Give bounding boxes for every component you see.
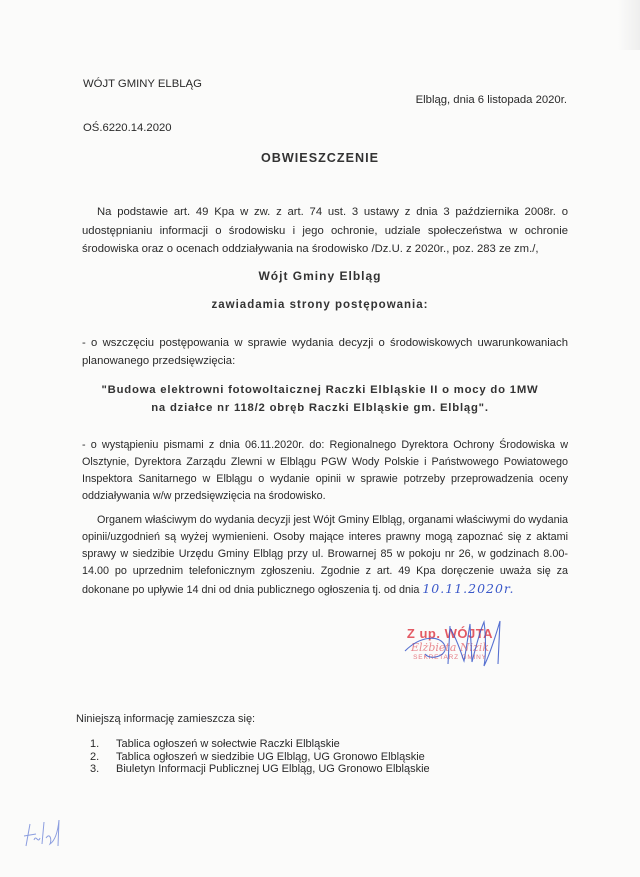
- item-number: 1.: [90, 738, 116, 751]
- closing-paragraph: Organem właściwym do wydania decyzji jes…: [82, 512, 568, 599]
- initials-signature-icon: [22, 818, 72, 850]
- distribution-list: 1. Tablica ogłoszeń w sołectwie Raczki E…: [90, 738, 430, 776]
- scanned-document-page: WÓJT GMINY ELBLĄG Elbląg, dnia 6 listopa…: [0, 0, 640, 877]
- distribution-item: 3. Biuletyn Informacji Publicznej UG Elb…: [90, 763, 430, 776]
- item-text: Tablica ogłoszeń w siedzibie UG Elbląg, …: [116, 751, 425, 764]
- document-title: OBWIESZCZENIE: [0, 151, 640, 165]
- reference-number: OŚ.6220.14.2020: [83, 122, 172, 134]
- item-number: 3.: [90, 763, 116, 776]
- item-text: Tablica ogłoszeń w sołectwie Raczki Elbl…: [116, 738, 340, 751]
- initiation-point: - o wszczęciu postępowania w sprawie wyd…: [82, 334, 568, 370]
- handwritten-date: 10.11.2020r.: [422, 581, 514, 596]
- authority-name: Wójt Gminy Elbląg: [0, 269, 640, 283]
- signature-icon: [400, 616, 510, 676]
- item-text: Biuletyn Informacji Publicznej UG Elbląg…: [116, 763, 430, 776]
- item-number: 2.: [90, 751, 116, 764]
- opinion-request-point: - o wystąpieniu pismami z dnia 06.11.202…: [82, 437, 568, 505]
- legal-basis-paragraph: Na podstawie art. 49 Kpa w zw. z art. 74…: [82, 203, 568, 259]
- distribution-item: 1. Tablica ogłoszeń w sołectwie Raczki E…: [90, 738, 430, 751]
- issuer-header: WÓJT GMINY ELBLĄG: [83, 78, 202, 90]
- notification-heading: zawiadamia strony postępowania:: [0, 299, 640, 311]
- project-title-line-2: na działce nr 118/2 obręb Raczki Elbląsk…: [60, 399, 580, 417]
- distribution-intro: Niniejszą informację zamieszcza się:: [76, 713, 255, 725]
- project-title-line-1: "Budowa elektrowni fotowoltaicznej Raczk…: [60, 381, 580, 399]
- place-and-date: Elbląg, dnia 6 listopada 2020r.: [416, 94, 567, 106]
- project-title: "Budowa elektrowni fotowoltaicznej Raczk…: [60, 381, 580, 417]
- distribution-item: 2. Tablica ogłoszeń w siedzibie UG Elblą…: [90, 751, 430, 764]
- scan-edge-shadow: [618, 0, 640, 50]
